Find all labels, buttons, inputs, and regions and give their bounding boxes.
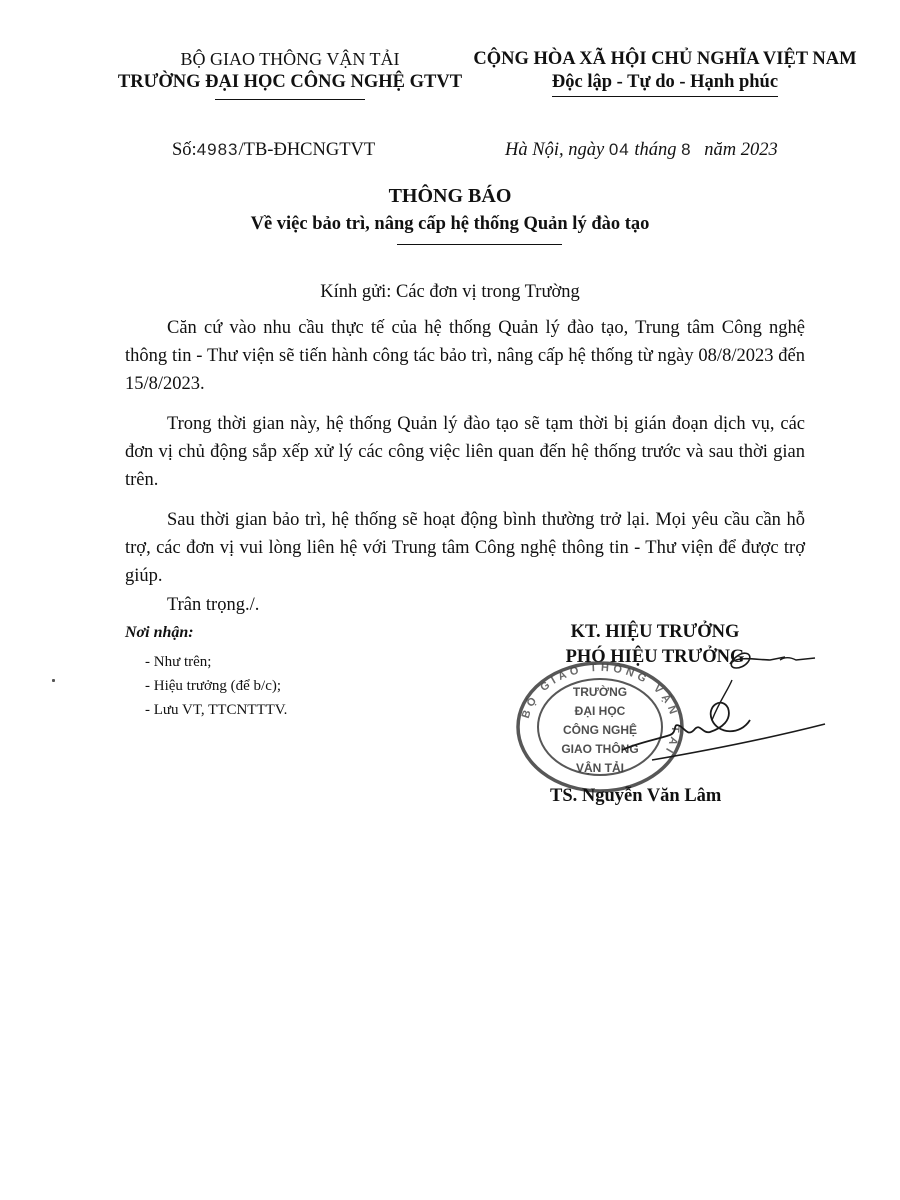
issue-date: Hà Nội, ngày 04 tháng 8 năm 2023: [505, 140, 778, 161]
country-name: CỘNG HÒA XÃ HỘI CHỦ NGHĨA VIỆT NAM: [455, 48, 875, 71]
issuer-header: BỘ GIAO THÔNG VẬN TẢI TRƯỜNG ĐẠI HỌC CÔN…: [100, 48, 480, 100]
addressee: Kính gửi: Các đơn vị trong Trường: [0, 282, 900, 303]
body-paragraph: Căn cứ vào nhu cầu thực tế của hệ thống …: [125, 314, 805, 398]
document-subtitle: Về việc bảo trì, nâng cấp hệ thống Quản …: [0, 214, 900, 235]
reference-prefix: Số:: [172, 140, 197, 160]
document-title: THÔNG BÁO: [0, 185, 900, 208]
document-body: Căn cứ vào nhu cầu thực tế của hệ thống …: [125, 314, 805, 602]
recipient-item: - Lưu VT, TTCNTTTV.: [145, 698, 287, 722]
reference-suffix: /TB-ĐHCNGTVT: [239, 140, 376, 160]
recipients-label: Nơi nhận:: [125, 624, 194, 642]
signer-name: TS. Nguyễn Văn Lâm: [550, 786, 721, 807]
scan-speck: [52, 679, 55, 682]
body-paragraph: Sau thời gian bảo trì, hệ thống sẽ hoạt …: [125, 506, 805, 590]
date-month-label: tháng: [634, 140, 676, 160]
recipients-list: - Như trên; - Hiệu trưởng (để b/c); - Lư…: [145, 650, 287, 722]
date-day-handwritten: 04: [609, 140, 630, 159]
national-motto: Độc lập - Tự do - Hạnh phúc: [552, 71, 778, 97]
header-divider: [215, 99, 365, 100]
date-place: Hà Nội, ngày: [505, 140, 604, 160]
subtitle-divider: [397, 244, 562, 245]
date-year: năm 2023: [704, 140, 778, 160]
handwritten-signature-icon: [600, 640, 830, 790]
recipient-item: - Như trên;: [145, 650, 287, 674]
university-name: TRƯỜNG ĐẠI HỌC CÔNG NGHỆ GTVT: [100, 71, 480, 94]
body-paragraph: Trong thời gian này, hệ thống Quản lý đà…: [125, 410, 805, 494]
reference-handwritten-number: 4983: [197, 140, 239, 159]
closing: Trân trọng./.: [167, 595, 259, 616]
reference-number: Số:4983/TB-ĐHCNGTVT: [172, 140, 375, 161]
national-header: CỘNG HÒA XÃ HỘI CHỦ NGHĨA VIỆT NAM Độc l…: [455, 48, 875, 97]
ministry-name: BỘ GIAO THÔNG VẬN TẢI: [100, 48, 480, 71]
date-month-handwritten: 8: [681, 140, 691, 159]
recipient-item: - Hiệu trưởng (để b/c);: [145, 674, 287, 698]
